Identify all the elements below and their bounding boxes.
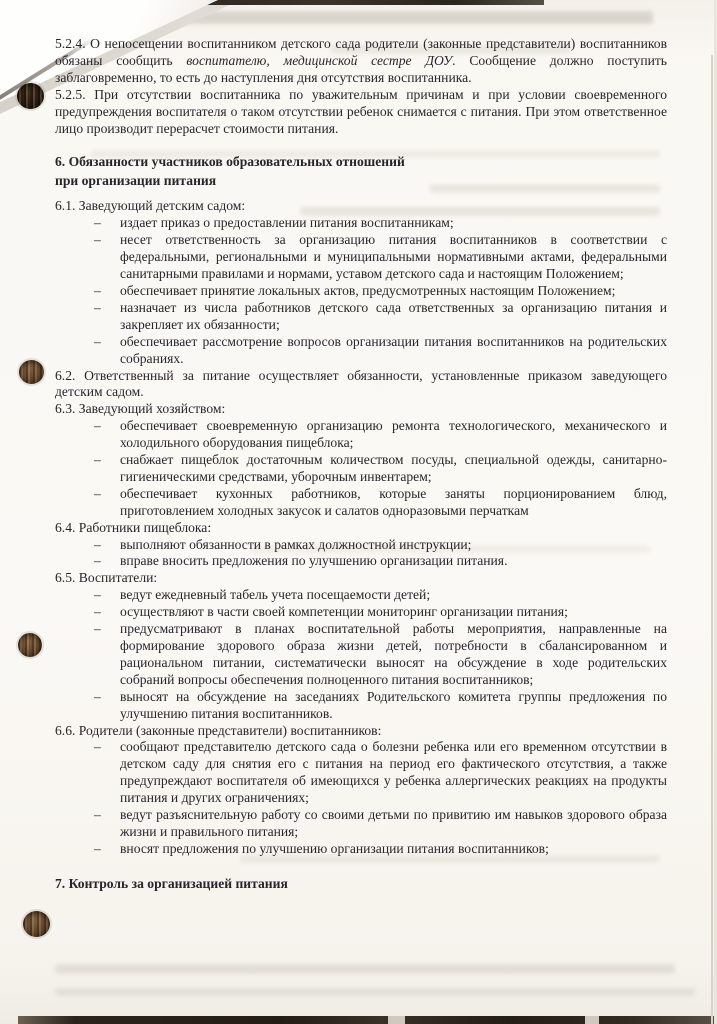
- dash-marker: –: [94, 232, 101, 249]
- list-item-text: обеспечивает принятие локальных актов, п…: [120, 283, 615, 298]
- dash-marker: –: [94, 418, 101, 435]
- hole-punch: [23, 911, 50, 937]
- clause-6-3-bullets: –обеспечивает своевременную организацию …: [55, 418, 667, 519]
- clause-6-2: 6.2. Ответственный за питание осуществля…: [55, 368, 667, 402]
- list-item-text: выносят на обсуждение на заседаниях Роди…: [120, 689, 667, 721]
- list-item-text: вправе вносить предложения по улучшению …: [120, 553, 507, 568]
- list-item: –издает приказ о предоставлении питания …: [120, 215, 667, 232]
- list-item: –обеспечивает своевременную организацию …: [120, 418, 667, 452]
- list-item: –обеспечивает кухонных работников, котор…: [120, 486, 667, 520]
- clause-6-4-run: 6.4. Работники пищеблока:: [55, 520, 211, 535]
- dash-marker: –: [94, 300, 101, 317]
- dash-marker: –: [94, 689, 101, 706]
- list-item: –несет ответственность за организацию пи…: [120, 232, 667, 283]
- clause-6-5-bullets: –ведут ежедневный табель учета посещаемо…: [55, 587, 667, 722]
- clause-6-3-run: 6.3. Заведующий хозяйством:: [55, 401, 225, 416]
- list-item-text: снабжает пищеблок достаточным количество…: [120, 452, 667, 484]
- list-item: –ведут разъяснительную работу со своими …: [120, 807, 667, 841]
- section-6-heading: 6. Обязанности участников образовательны…: [55, 152, 667, 190]
- dash-marker: –: [94, 452, 101, 469]
- list-item-text: вносят предложения по улучшению организа…: [120, 841, 549, 856]
- list-item-text: обеспечивает своевременную организацию р…: [120, 418, 667, 450]
- clause-6-6: 6.6. Родители (законные представители) в…: [55, 723, 667, 740]
- list-item-text: ведут ежедневный табель учета посещаемос…: [120, 587, 430, 602]
- list-item: –назначает из числа работников детского …: [120, 300, 667, 334]
- list-item-text: издает приказ о предоставлении питания в…: [120, 215, 454, 230]
- clause-6-5-run: 6.5. Воспитатели:: [55, 570, 157, 585]
- page-edge-line: [711, 55, 713, 1024]
- hole-punch: [17, 83, 44, 109]
- clause-6-4: 6.4. Работники пищеблока:: [55, 520, 667, 537]
- clause-6-2-run: 6.2. Ответственный за питание осуществля…: [55, 368, 667, 400]
- hole-punch: [19, 360, 44, 384]
- clause-6-1-run: 6.1. Заведующий детским садом:: [55, 198, 245, 213]
- section-7-heading: 7. Контроль за организацией питания: [55, 874, 667, 893]
- dash-marker: –: [94, 841, 101, 858]
- dash-marker: –: [94, 283, 101, 300]
- dash-marker: –: [94, 604, 101, 621]
- section-7-heading-line: 7. Контроль за организацией питания: [55, 874, 667, 893]
- section-6-heading-line: при организации питания: [55, 171, 667, 190]
- document-body: 5.2.4. О непосещении воспитанником детск…: [55, 36, 667, 893]
- clause-6-6-bullets: –сообщают представителю детского сада о …: [55, 739, 667, 857]
- clause-5-2-4: 5.2.4. О непосещении воспитанником детск…: [55, 36, 667, 87]
- list-item: –обеспечивает принятие локальных актов, …: [120, 283, 667, 300]
- list-item: –сообщают представителю детского сада о …: [120, 739, 667, 807]
- dash-marker: –: [94, 553, 101, 570]
- clause-5-2-5-run: 5.2.5. При отсутствии воспитанника по ув…: [55, 87, 667, 136]
- hole-punch: [18, 633, 42, 657]
- list-item: –выносят на обсуждение на заседаниях Род…: [120, 689, 667, 723]
- list-item: –вправе вносить предложения по улучшению…: [120, 553, 667, 570]
- list-item: –ведут ежедневный табель учета посещаемо…: [120, 587, 667, 604]
- dash-marker: –: [94, 537, 101, 554]
- clause-6-5: 6.5. Воспитатели:: [55, 570, 667, 587]
- list-item-text: ведут разъяснительную работу со своими д…: [120, 807, 667, 839]
- dash-marker: –: [94, 334, 101, 351]
- clause-6-1: 6.1. Заведующий детским садом:: [55, 198, 667, 215]
- list-item: –снабжает пищеблок достаточным количеств…: [120, 452, 667, 486]
- scanner-strip-gap: [388, 1016, 405, 1024]
- section-6-heading-line: 6. Обязанности участников образовательны…: [55, 152, 667, 171]
- clause-5-2-4-run: воспитателю, медицинской сестре ДОУ: [186, 53, 452, 68]
- dash-marker: –: [94, 587, 101, 604]
- clause-6-4-bullets: –выполняют обязанности в рамках должност…: [55, 537, 667, 571]
- bleed-through-smudge: [55, 988, 695, 996]
- clause-6-1-bullets: –издает приказ о предоставлении питания …: [55, 215, 667, 367]
- clause-6-3: 6.3. Заведующий хозяйством:: [55, 401, 667, 418]
- list-item: –вносят предложения по улучшению организ…: [120, 841, 667, 858]
- list-item: –выполняют обязанности в рамках должност…: [120, 537, 667, 554]
- list-item-text: предусматривают в планах воспитательной …: [120, 621, 667, 687]
- scanner-edge-strip-bottom: [18, 1016, 717, 1024]
- dash-marker: –: [94, 486, 101, 503]
- bleed-through-smudge: [55, 964, 675, 974]
- clause-6-6-run: 6.6. Родители (законные представители) в…: [55, 723, 381, 738]
- list-item-text: сообщают представителю детского сада о б…: [120, 739, 667, 805]
- list-item: –обеспечивает рассмотрение вопросов орга…: [120, 334, 667, 368]
- clause-5-2-5: 5.2.5. При отсутствии воспитанника по ув…: [55, 87, 667, 138]
- dash-marker: –: [94, 621, 101, 638]
- scanner-strip-gap: [585, 1016, 599, 1024]
- list-item-text: несет ответственность за организацию пит…: [120, 232, 667, 281]
- list-item-text: обеспечивает рассмотрение вопросов орган…: [120, 334, 667, 366]
- dash-marker: –: [94, 739, 101, 756]
- dash-marker: –: [94, 215, 101, 232]
- list-item-text: обеспечивает кухонных работников, которы…: [120, 486, 667, 518]
- list-item: –осуществляют в части своей компетенции …: [120, 604, 667, 621]
- list-item-text: выполняют обязанности в рамках должностн…: [120, 537, 471, 552]
- list-item-text: осуществляют в части своей компетенции м…: [120, 604, 568, 619]
- list-item: –предусматривают в планах воспитательной…: [120, 621, 667, 689]
- list-item-text: назначает из числа работников детского с…: [120, 300, 667, 332]
- scanned-document-page: 5.2.4. О непосещении воспитанником детск…: [0, 0, 717, 1024]
- dash-marker: –: [94, 807, 101, 824]
